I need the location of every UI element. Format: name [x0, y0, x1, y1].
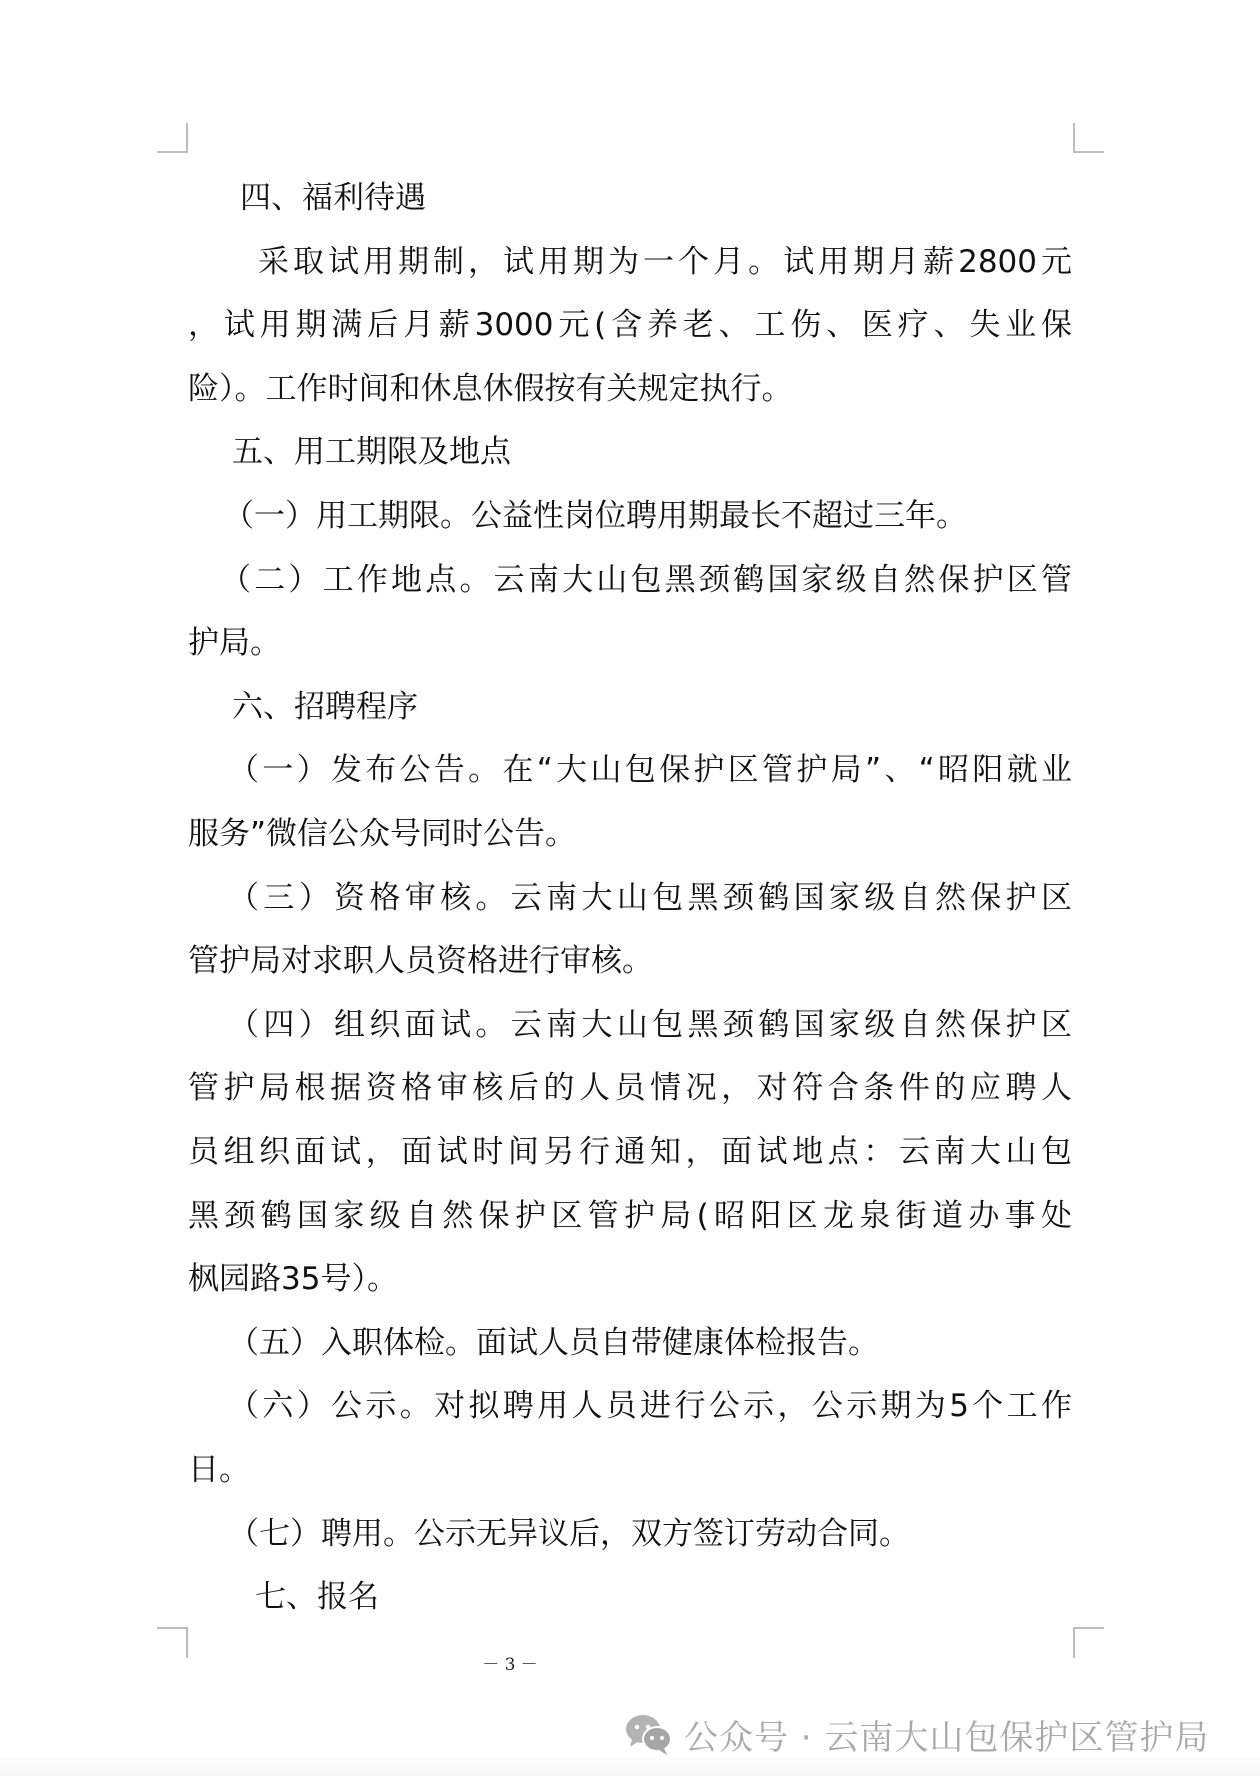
corner-mark-bottom-right: [1073, 1627, 1104, 1658]
text-line: 枫园路35号）。: [188, 1259, 398, 1299]
text-line: ，试用期满后月薪3000元(含养老、工伤、医疗、失业保: [188, 305, 1072, 345]
text-line: 五、用工期限及地点: [232, 432, 511, 472]
text-line: （三）资格审核。云南大山包黑颈鹤国家级自然保护区: [228, 878, 1072, 918]
corner-mark-bottom-left: [157, 1627, 188, 1658]
text-line: 员组织面试，面试时间另行通知，面试地点：云南大山包: [188, 1132, 1072, 1172]
bottom-band: [0, 1758, 1260, 1776]
text-line: 管护局对求职人员资格进行审核。: [188, 941, 653, 981]
text-line: 采取试用期制，试用期为一个月。试用期月薪2800元: [258, 242, 1072, 282]
watermark-text: 公众号 · 云南大山包保护区管护局: [684, 1710, 1209, 1759]
text-line: 七、报名: [255, 1577, 379, 1617]
watermark: 公众号 · 云南大山包保护区管护局: [624, 1712, 1209, 1756]
text-line: 险）。工作时间和休息休假按有关规定执行。: [188, 369, 793, 409]
corner-mark-top-left: [157, 123, 188, 153]
wechat-icon: [624, 1712, 674, 1756]
text-line: （二）工作地点。云南大山包黑颈鹤国家级自然保护区管: [220, 560, 1072, 600]
text-line: 日。: [188, 1450, 250, 1490]
corner-mark-top-right: [1073, 123, 1104, 153]
text-line: （一）发布公告。在“大山包保护区管护局”、“昭阳就业: [228, 750, 1072, 790]
page-number: － 3 －: [470, 1650, 550, 1675]
text-line: 四、福利待遇: [240, 178, 426, 218]
document-page: 四、福利待遇采取试用期制，试用期为一个月。试用期月薪2800元，试用期满后月薪3…: [0, 0, 1260, 1776]
text-line: 护局。: [188, 623, 281, 663]
text-line: （五）入职体检。面试人员自带健康体检报告。: [228, 1323, 879, 1363]
text-line: 服务”微信公众号同时公告。: [188, 814, 576, 854]
text-line: （四）组织面试。云南大山包黑颈鹤国家级自然保护区: [228, 1005, 1072, 1045]
text-line: （一）用工期限。公益性岗位聘用期最长不超过三年。: [223, 496, 967, 536]
text-line: （六）公示。对拟聘用人员进行公示，公示期为5个工作: [228, 1386, 1072, 1426]
text-line: 黑颈鹤国家级自然保护区管护局(昭阳区龙泉街道办事处: [188, 1196, 1072, 1236]
text-line: （七）聘用。公示无异议后，双方签订劳动合同。: [228, 1514, 910, 1554]
text-line: 管护局根据资格审核后的人员情况，对符合条件的应聘人: [188, 1068, 1072, 1108]
text-line: 六、招聘程序: [232, 687, 418, 727]
